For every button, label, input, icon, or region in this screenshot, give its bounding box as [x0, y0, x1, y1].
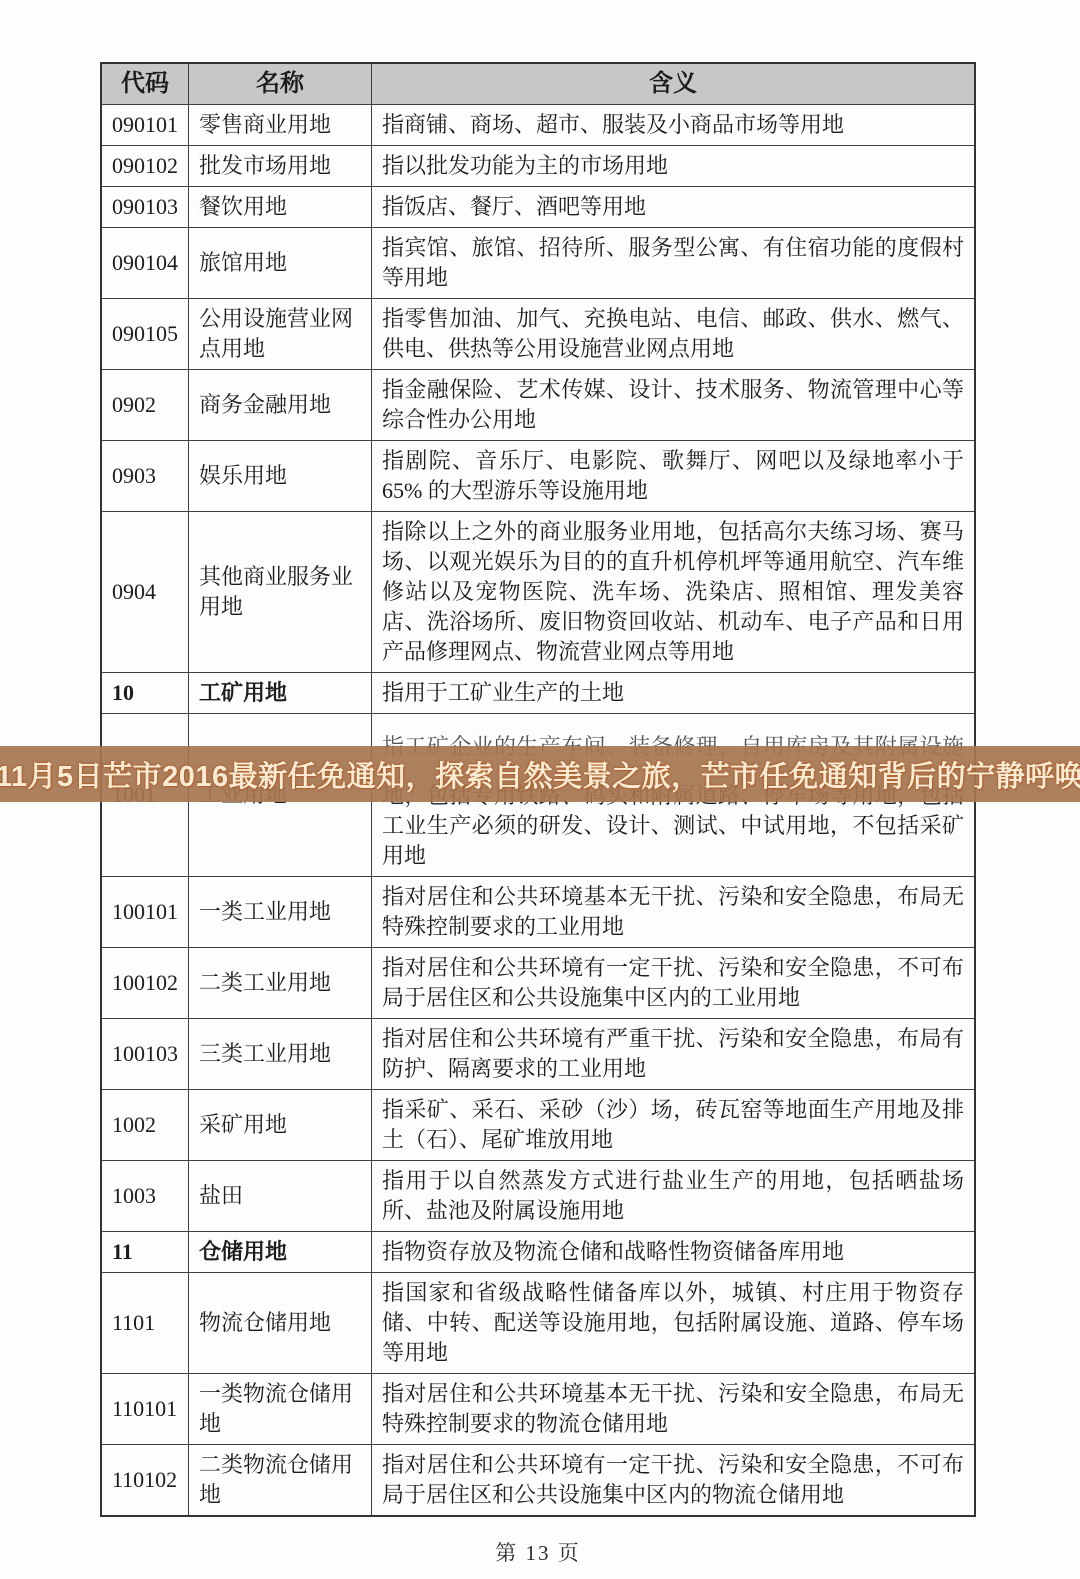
meaning-cell: 指对居住和公共环境有一定干扰、污染和安全隐患，不可布局于居住区和公共设施集中区内… [372, 948, 976, 1019]
name-cell: 二类工业用地 [189, 948, 372, 1019]
code-cell: 1002 [101, 1090, 189, 1161]
table-row: 090101零售商业用地指商铺、商场、超市、服装及小商品市场等用地 [101, 105, 975, 146]
name-cell: 餐饮用地 [189, 187, 372, 228]
table-row: 110102二类物流仓储用地指对居住和公共环境有一定干扰、污染和安全隐患，不可布… [101, 1445, 975, 1517]
code-cell: 090103 [101, 187, 189, 228]
code-cell: 100103 [101, 1019, 189, 1090]
meaning-cell: 指以批发功能为主的市场用地 [372, 146, 976, 187]
table-row: 0902商务金融用地指金融保险、艺术传媒、设计、技术服务、物流管理中心等综合性办… [101, 370, 975, 441]
document-page: 代码 名称 含义 090101零售商业用地指商铺、商场、超市、服装及小商品市场等… [0, 0, 1080, 1579]
code-cell: 0904 [101, 512, 189, 673]
code-cell: 11 [101, 1232, 189, 1273]
table-row: 100102二类工业用地指对居住和公共环境有一定干扰、污染和安全隐患，不可布局于… [101, 948, 975, 1019]
meaning-cell: 指采矿、采石、采砂（沙）场，砖瓦窑等地面生产用地及排土（石）、尾矿堆放用地 [372, 1090, 976, 1161]
column-header-meaning: 含义 [372, 63, 976, 105]
name-cell: 二类物流仓储用地 [189, 1445, 372, 1517]
table-row: 0904其他商业服务业用地指除以上之外的商业服务业用地，包括高尔夫练习场、赛马场… [101, 512, 975, 673]
table-header: 代码 名称 含义 [101, 63, 975, 105]
table-row: 11仓储用地指物资存放及物流仓储和战略性物资储备库用地 [101, 1232, 975, 1273]
name-cell: 盐田 [189, 1161, 372, 1232]
name-cell: 仓储用地 [189, 1232, 372, 1273]
name-cell: 其他商业服务业用地 [189, 512, 372, 673]
meaning-cell: 指金融保险、艺术传媒、设计、技术服务、物流管理中心等综合性办公用地 [372, 370, 976, 441]
meaning-cell: 指对居住和公共环境基本无干扰、污染和安全隐患，布局无特殊控制要求的工业用地 [372, 877, 976, 948]
table-row: 090102批发市场用地指以批发功能为主的市场用地 [101, 146, 975, 187]
name-cell: 采矿用地 [189, 1090, 372, 1161]
code-cell: 090101 [101, 105, 189, 146]
code-cell: 090104 [101, 228, 189, 299]
table-body: 090101零售商业用地指商铺、商场、超市、服装及小商品市场等用地090102批… [101, 105, 975, 1517]
overlay-banner: 11月5日芒市2016最新任免通知，探索自然美景之旅，芒市任免通知背后的宁静呼唤 [0, 746, 1080, 802]
name-cell: 批发市场用地 [189, 146, 372, 187]
name-cell: 旅馆用地 [189, 228, 372, 299]
code-cell: 090102 [101, 146, 189, 187]
name-cell: 工矿用地 [189, 673, 372, 714]
name-cell: 物流仓储用地 [189, 1273, 372, 1374]
meaning-cell: 指零售加油、加气、充换电站、电信、邮政、供水、燃气、供电、供热等公用设施营业网点… [372, 299, 976, 370]
table-row: 100101一类工业用地指对居住和公共环境基本无干扰、污染和安全隐患，布局无特殊… [101, 877, 975, 948]
name-cell: 三类工业用地 [189, 1019, 372, 1090]
code-cell: 1003 [101, 1161, 189, 1232]
meaning-cell: 指物资存放及物流仓储和战略性物资储备库用地 [372, 1232, 976, 1273]
table-row: 090105公用设施营业网点用地指零售加油、加气、充换电站、电信、邮政、供水、燃… [101, 299, 975, 370]
name-cell: 零售商业用地 [189, 105, 372, 146]
page-number: 第 13 页 [100, 1537, 976, 1567]
meaning-cell: 指对居住和公共环境有严重干扰、污染和安全隐患，布局有防护、隔离要求的工业用地 [372, 1019, 976, 1090]
code-cell: 110102 [101, 1445, 189, 1517]
table-row: 1101物流仓储用地指国家和省级战略性储备库以外，城镇、村庄用于物资存储、中转、… [101, 1273, 975, 1374]
table-row: 0903娱乐用地指剧院、音乐厅、电影院、歌舞厅、网吧以及绿地率小于 65% 的大… [101, 441, 975, 512]
name-cell: 一类物流仓储用地 [189, 1374, 372, 1445]
meaning-cell: 指剧院、音乐厅、电影院、歌舞厅、网吧以及绿地率小于 65% 的大型游乐等设施用地 [372, 441, 976, 512]
table-row: 110101一类物流仓储用地指对居住和公共环境基本无干扰、污染和安全隐患，布局无… [101, 1374, 975, 1445]
code-cell: 090105 [101, 299, 189, 370]
code-cell: 10 [101, 673, 189, 714]
meaning-cell: 指宾馆、旅馆、招待所、服务型公寓、有住宿功能的度假村等用地 [372, 228, 976, 299]
name-cell: 一类工业用地 [189, 877, 372, 948]
meaning-cell: 指对居住和公共环境基本无干扰、污染和安全隐患，布局无特殊控制要求的物流仓储用地 [372, 1374, 976, 1445]
name-cell: 商务金融用地 [189, 370, 372, 441]
meaning-cell: 指用于工矿业生产的土地 [372, 673, 976, 714]
meaning-cell: 指除以上之外的商业服务业用地，包括高尔夫练习场、赛马场、以观光娱乐为目的的直升机… [372, 512, 976, 673]
meaning-cell: 指用于以自然蒸发方式进行盐业生产的用地，包括晒盐场所、盐池及附属设施用地 [372, 1161, 976, 1232]
meaning-cell: 指对居住和公共环境有一定干扰、污染和安全隐患，不可布局于居住区和公共设施集中区内… [372, 1445, 976, 1517]
meaning-cell: 指商铺、商场、超市、服装及小商品市场等用地 [372, 105, 976, 146]
table-row: 1003盐田指用于以自然蒸发方式进行盐业生产的用地，包括晒盐场所、盐池及附属设施… [101, 1161, 975, 1232]
column-header-code: 代码 [101, 63, 189, 105]
meaning-cell: 指饭店、餐厅、酒吧等用地 [372, 187, 976, 228]
code-cell: 0903 [101, 441, 189, 512]
code-cell: 110101 [101, 1374, 189, 1445]
table-row: 090104旅馆用地指宾馆、旅馆、招待所、服务型公寓、有住宿功能的度假村等用地 [101, 228, 975, 299]
table-row: 1002采矿用地指采矿、采石、采砂（沙）场，砖瓦窑等地面生产用地及排土（石）、尾… [101, 1090, 975, 1161]
banner-headline: 11月5日芒市2016最新任免通知，探索自然美景之旅，芒市任免通知背后的宁静呼唤 [0, 754, 1080, 795]
code-cell: 0902 [101, 370, 189, 441]
name-cell: 娱乐用地 [189, 441, 372, 512]
header-row: 代码 名称 含义 [101, 63, 975, 105]
name-cell: 公用设施营业网点用地 [189, 299, 372, 370]
table-row: 090103餐饮用地指饭店、餐厅、酒吧等用地 [101, 187, 975, 228]
landuse-table-container: 代码 名称 含义 090101零售商业用地指商铺、商场、超市、服装及小商品市场等… [100, 62, 976, 1567]
table-row: 10工矿用地指用于工矿业生产的土地 [101, 673, 975, 714]
code-cell: 100101 [101, 877, 189, 948]
code-cell: 100102 [101, 948, 189, 1019]
column-header-name: 名称 [189, 63, 372, 105]
code-cell: 1101 [101, 1273, 189, 1374]
meaning-cell: 指国家和省级战略性储备库以外，城镇、村庄用于物资存储、中转、配送等设施用地，包括… [372, 1273, 976, 1374]
table-row: 100103三类工业用地指对居住和公共环境有严重干扰、污染和安全隐患，布局有防护… [101, 1019, 975, 1090]
